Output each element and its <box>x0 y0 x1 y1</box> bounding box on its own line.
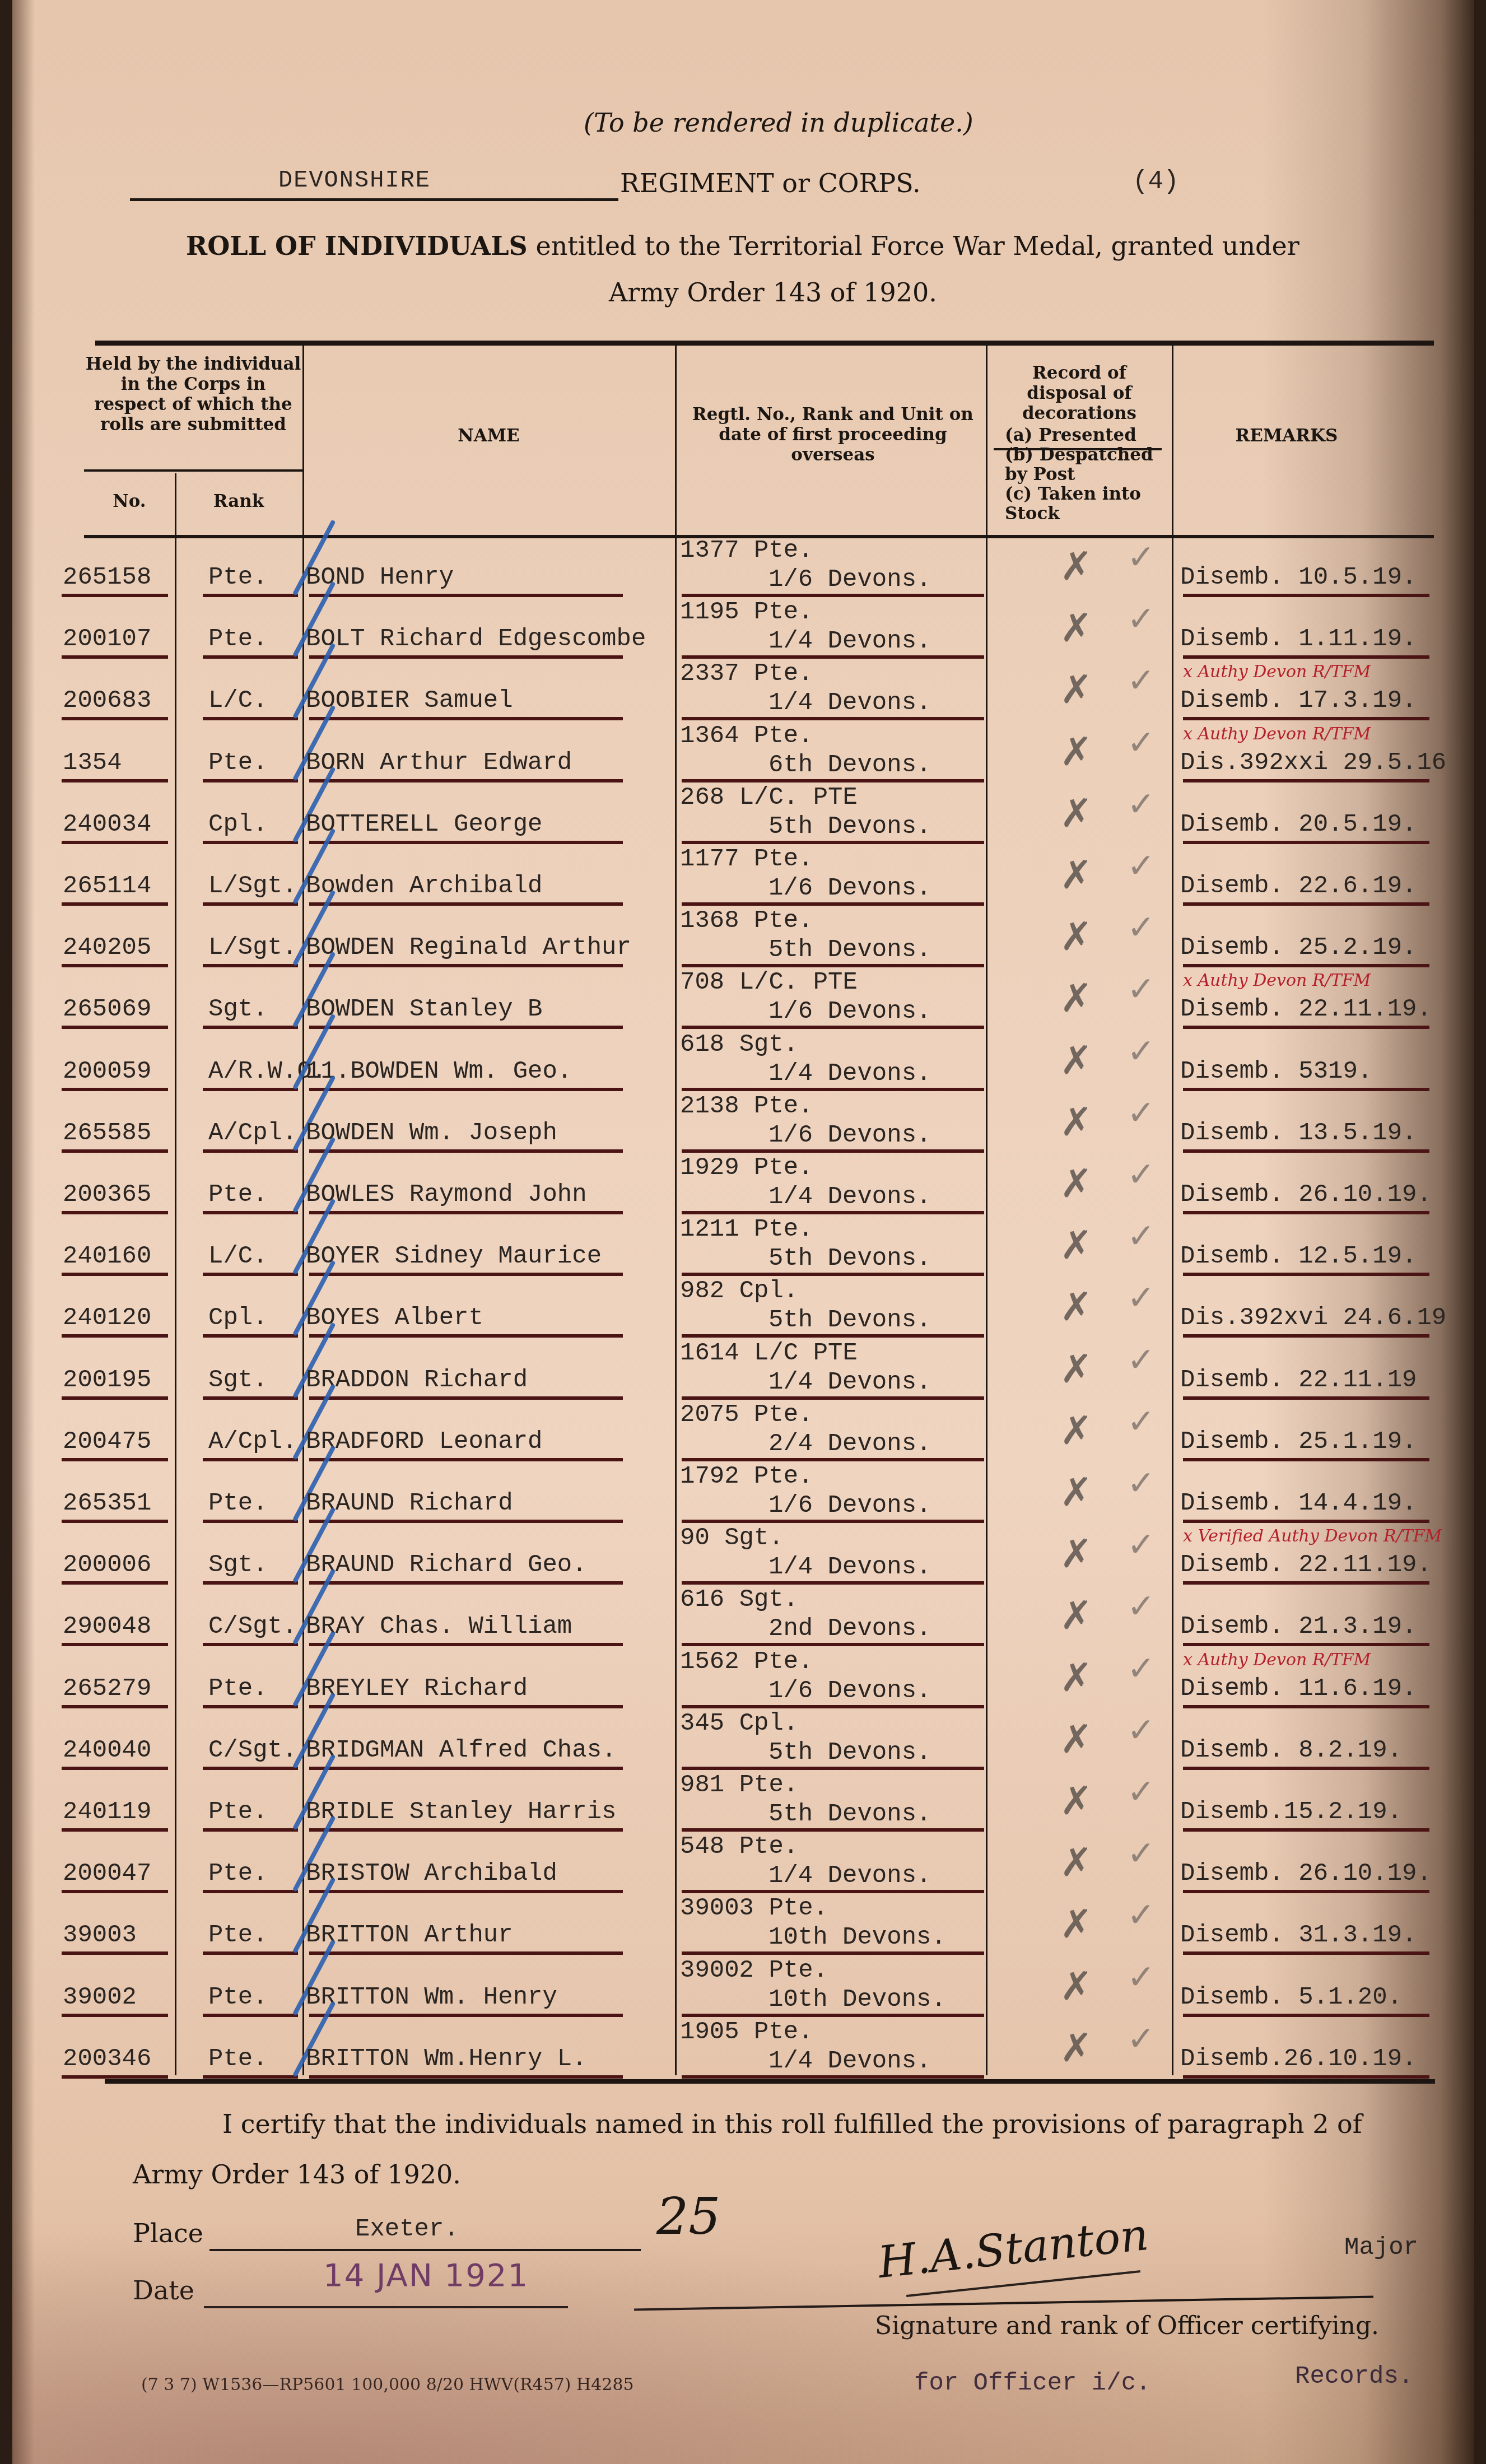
row-underline <box>62 841 168 844</box>
regtl-rank: Pte. <box>754 907 813 935</box>
red-ink-annotation: x Verified Authy Devon R/TFM <box>1183 1526 1442 1546</box>
table-row: 39003 Pte. BRITTON Arthur 39003 Pte. 10t… <box>12 1895 1486 1957</box>
printer-code: (7 3 7) W1536—RP5601 100,000 8/20 HWV(R4… <box>141 2375 634 2395</box>
row-underline <box>309 1581 623 1585</box>
regtl-no: 1195 <box>680 598 739 626</box>
row-underline <box>62 1334 168 1338</box>
roll-page: (To be rendered in duplicate.) DEVONSHIR… <box>12 0 1474 2464</box>
regtl-number: 2138 Pte. <box>680 1092 813 1120</box>
row-underline <box>1183 717 1429 720</box>
unit: 5th Devons. <box>768 813 931 841</box>
row-underline <box>682 2014 984 2017</box>
service-number: 200059 <box>63 1058 151 1086</box>
pencil-cross-icon: ✗ <box>1060 667 1093 712</box>
table-row: 200006 Sgt. BRAUND Richard Geo. 90 Sgt. … <box>12 1525 1486 1587</box>
row-underline <box>309 1767 623 1770</box>
row-underline <box>1183 1149 1429 1153</box>
table-row: 240119 Pte. BRIDLE Stanley Harris 981 Pt… <box>12 1772 1486 1834</box>
regtl-number: 1177 Pte. <box>680 845 813 873</box>
regtl-no: 1614 <box>680 1339 739 1367</box>
remarks: Disemb. 26.10.19. <box>1180 1181 1432 1209</box>
row-underline <box>62 1520 168 1523</box>
table-row: 265351 Pte. BRAUND Richard 1792 Pte. 1/6… <box>12 1464 1486 1525</box>
row-underline <box>203 841 298 844</box>
row-underline <box>682 1396 984 1400</box>
regtl-number: 708 L/C. PTE <box>680 968 858 996</box>
for-officer-text: for Officer i/c. <box>914 2369 1150 2397</box>
unit: 1/4 Devons. <box>768 1368 931 1396</box>
soldier-name: BRAY Chas. William <box>306 1613 572 1641</box>
remarks: Disemb. 26.10.19. <box>1180 1860 1432 1888</box>
row-underline <box>309 655 623 659</box>
row-underline <box>309 1211 623 1214</box>
row-underline <box>203 1767 298 1770</box>
regtl-no: 1211 <box>680 1215 739 1243</box>
unit: 5th Devons. <box>768 1306 931 1334</box>
row-underline <box>309 717 623 720</box>
row-underline <box>682 1026 984 1029</box>
row-underline <box>682 1149 984 1153</box>
regtl-no: 708 <box>680 968 724 996</box>
service-number: 39002 <box>63 1983 137 2011</box>
unit: 10th Devons. <box>768 1923 946 1951</box>
service-number: 240040 <box>63 1736 151 1764</box>
regtl-number: 268 L/C. PTE <box>680 784 858 812</box>
pencil-cross-icon: ✗ <box>1060 1161 1093 1207</box>
pencil-check-icon: ✓ <box>1127 1587 1155 1626</box>
rank: Sgt. <box>208 1551 268 1579</box>
remarks: Disemb. 10.5.19. <box>1180 563 1417 591</box>
row-underline <box>1183 902 1429 906</box>
soldier-name: BRISTOW Archibald <box>306 1860 557 1888</box>
pencil-cross-icon: ✗ <box>1060 1222 1093 1268</box>
rank: Sgt. <box>208 995 268 1023</box>
entry-count: 25 <box>656 2187 721 2246</box>
row-underline <box>682 1705 984 1708</box>
regtl-no: 1377 <box>680 537 739 565</box>
document-subtitle: Army Order 143 of 1920. <box>609 277 937 308</box>
regtl-rank: Pte. <box>754 598 813 626</box>
remarks: Disemb. 22.11.19. <box>1180 1551 1432 1579</box>
regtl-rank: Pte. <box>754 1154 813 1182</box>
remarks: Disemb. 22.11.19. <box>1180 995 1432 1023</box>
pencil-cross-icon: ✗ <box>1060 1037 1093 1083</box>
row-underline <box>1183 655 1429 659</box>
table-row: 240120 Cpl. BOYES Albert 982 Cpl. 5th De… <box>12 1278 1486 1340</box>
regtl-rank: Pte. <box>754 1401 813 1429</box>
regtl-rank: Cpl. <box>739 1277 799 1305</box>
unit: 1/6 Devons. <box>768 998 931 1026</box>
rank: Pte. <box>208 1860 268 1888</box>
row-underline <box>203 594 298 597</box>
row-underline <box>1183 1951 1429 1955</box>
unit: 1/4 Devons. <box>768 627 931 655</box>
remarks: Dis.392xxi 29.5.16 <box>1180 749 1446 777</box>
red-ink-annotation: x Authy Devon R/TFM <box>1183 724 1371 744</box>
unit: 1/4 Devons. <box>768 1862 931 1890</box>
remarks: Disemb. 11.6.19. <box>1180 1675 1417 1703</box>
record-option-presented: (a) Presented <box>1005 426 1167 445</box>
row-underline <box>62 1581 168 1585</box>
regtl-no: 1929 <box>680 1154 739 1182</box>
red-ink-annotation: x Authy Devon R/TFM <box>1183 1650 1371 1670</box>
row-underline <box>682 1458 984 1461</box>
unit: 5th Devons. <box>768 1245 931 1273</box>
regtl-number: 616 Sgt. <box>680 1586 798 1614</box>
pencil-cross-icon: ✗ <box>1060 1408 1093 1454</box>
row-underline <box>682 1951 984 1955</box>
regtl-rank: Pte. <box>754 1215 813 1243</box>
row-underline <box>62 1767 168 1770</box>
row-underline <box>309 1026 623 1029</box>
pencil-check-icon: ✓ <box>1127 908 1155 947</box>
signature-caption: Signature and rank of Officer certifying… <box>875 2312 1379 2340</box>
regtl-no: 39002 <box>680 1957 754 1985</box>
rank: A/Cpl. <box>208 1428 297 1456</box>
unit: 1/6 Devons. <box>768 1492 931 1520</box>
row-underline <box>309 1828 623 1832</box>
pencil-check-icon: ✓ <box>1127 2019 1155 2058</box>
header-regtl: Regtl. No., Rank and Unit on date of fir… <box>682 404 984 465</box>
pencil-check-icon: ✓ <box>1127 1278 1155 1317</box>
regtl-number: 982 Cpl. <box>680 1277 798 1305</box>
remarks: Disemb. 5319. <box>1180 1058 1372 1086</box>
rank: Cpl. <box>208 811 268 839</box>
soldier-name: BRITTON Wm.Henry L. <box>306 2045 587 2073</box>
table-row: 200047 Pte. BRISTOW Archibald 548 Pte. 1… <box>12 1834 1486 1895</box>
unit: 2nd Devons. <box>768 1615 931 1643</box>
regtl-no: 1562 <box>680 1648 739 1676</box>
rank: Pte. <box>208 625 268 653</box>
table-row: 240205 L/Sgt. BOWDEN Reginald Arthur 136… <box>12 908 1486 970</box>
row-underline <box>309 594 623 597</box>
row-underline <box>1183 1334 1429 1338</box>
regtl-number: 548 Pte. <box>680 1833 798 1861</box>
regtl-no: 90 <box>680 1524 710 1552</box>
table-row: 39002 Pte. BRITTON Wm. Henry 39002 Pte. … <box>12 1958 1486 2019</box>
regtl-rank: Pte. <box>754 660 813 688</box>
row-underline <box>309 1951 623 1955</box>
row-underline <box>682 594 984 597</box>
regtl-number: 1368 Pte. <box>680 907 813 935</box>
regtl-rank: Pte. <box>739 1833 799 1861</box>
regtl-number: 1614 L/C PTE <box>680 1339 858 1367</box>
document-title: ROLL OF INDIVIDUALS entitled to the Terr… <box>186 231 1299 261</box>
rank: Cpl. <box>208 1304 268 1332</box>
page-number: (4) <box>1133 167 1179 196</box>
row-underline <box>203 1643 298 1646</box>
table-top-rule <box>95 341 1434 346</box>
regtl-number: 39003 Pte. <box>680 1894 828 1922</box>
pencil-check-icon: ✓ <box>1127 538 1155 577</box>
pencil-cross-icon: ✗ <box>1060 543 1093 589</box>
rank: Pte. <box>208 1798 268 1826</box>
regtl-number: 981 Pte. <box>680 1771 798 1799</box>
pencil-check-icon: ✓ <box>1127 970 1155 1009</box>
soldier-name: BOYER Sidney Maurice <box>306 1242 602 1270</box>
service-number: 265069 <box>63 995 151 1023</box>
table-row: 200059 A/R.W.O. 11.BOWDEN Wm. Geo. 618 S… <box>12 1032 1486 1093</box>
place-value: Exeter. <box>355 2215 459 2243</box>
rank: C/Sgt. <box>208 1613 297 1641</box>
rank: C/Sgt. <box>208 1736 297 1764</box>
soldier-name: BRIDLE Stanley Harris <box>306 1798 617 1826</box>
service-number: 200107 <box>63 625 151 653</box>
pencil-check-icon: ✓ <box>1127 599 1155 639</box>
row-underline <box>203 1273 298 1276</box>
unit: 1/6 Devons. <box>768 874 931 902</box>
pencil-cross-icon: ✗ <box>1060 1716 1093 1762</box>
header-record: Record of disposal of decorations <box>990 363 1169 423</box>
table-row: 265279 Pte. BREYLEY Richard 1562 Pte. 1/… <box>12 1649 1486 1711</box>
row-underline <box>682 841 984 844</box>
soldier-name: BOWDEN Reginald Arthur <box>306 934 631 962</box>
rank: L/Sgt. <box>208 934 297 962</box>
row-underline <box>203 1520 298 1523</box>
remarks: Disemb. 8.2.19. <box>1180 1736 1402 1764</box>
table-row: 200683 L/C. BOOBIER Samuel 2337 Pte. 1/4… <box>12 661 1486 723</box>
remarks: Disemb. 13.5.19. <box>1180 1119 1417 1147</box>
row-underline <box>309 841 623 844</box>
pencil-check-icon: ✓ <box>1127 1958 1155 1997</box>
table-row: 200365 Pte. BOWLES Raymond John 1929 Pte… <box>12 1155 1486 1217</box>
pencil-cross-icon: ✗ <box>1060 1099 1093 1145</box>
certification-text: I certify that the individuals named in … <box>222 2109 1362 2139</box>
row-underline <box>682 1767 984 1770</box>
pencil-cross-icon: ✗ <box>1060 1592 1093 1638</box>
rank: L/C. <box>208 1242 268 1270</box>
pencil-cross-icon: ✗ <box>1060 1655 1093 1701</box>
pencil-check-icon: ✓ <box>1127 1032 1155 1071</box>
unit: 1/4 Devons. <box>768 1183 931 1211</box>
rank: Pte. <box>208 2045 268 2073</box>
soldier-name: BRADFORD Leonard <box>306 1428 542 1456</box>
regtl-rank: Pte. <box>754 1648 813 1676</box>
remarks: Disemb. 25.1.19. <box>1180 1428 1417 1456</box>
pencil-cross-icon: ✗ <box>1060 1346 1093 1392</box>
pencil-cross-icon: ✗ <box>1060 914 1093 959</box>
rank: Pte. <box>208 1983 268 2011</box>
row-underline <box>203 655 298 659</box>
table-row: 240040 C/Sgt. BRIDGMAN Alfred Chas. 345 … <box>12 1711 1486 1772</box>
row-underline <box>203 1334 298 1338</box>
table-row: 290048 C/Sgt. BRAY Chas. William 616 Sgt… <box>12 1587 1486 1648</box>
row-underline <box>682 1520 984 1523</box>
rank: A/Cpl. <box>208 1119 297 1147</box>
soldier-name: BRIDGMAN Alfred Chas. <box>306 1736 617 1764</box>
header-held-by: Held by the individual in the Corps in r… <box>84 354 302 435</box>
row-underline <box>203 1890 298 1893</box>
regtl-no: 548 <box>680 1833 724 1861</box>
regtl-rank: L/C. PTE <box>739 784 858 812</box>
row-underline <box>1183 1890 1429 1893</box>
pencil-check-icon: ✓ <box>1127 1711 1155 1750</box>
record-option-stock: (c) Taken into Stock <box>1005 485 1167 524</box>
regtl-rank: L/C PTE <box>754 1339 858 1367</box>
regtl-number: 1905 Pte. <box>680 2018 813 2046</box>
row-underline <box>682 1273 984 1276</box>
soldier-name: BREYLEY Richard <box>306 1675 528 1703</box>
row-underline <box>1183 1396 1429 1400</box>
regtl-rank: Sgt. <box>739 1586 799 1614</box>
row-underline <box>682 1643 984 1646</box>
regtl-rank: Pte. <box>739 1771 799 1799</box>
unit: 1/4 Devons. <box>768 1553 931 1581</box>
regtl-number: 1562 Pte. <box>680 1648 813 1676</box>
service-number: 200365 <box>63 1181 151 1209</box>
table-row: 200346 Pte. BRITTON Wm.Henry L. 1905 Pte… <box>12 2019 1486 2081</box>
remarks: Disemb.26.10.19. <box>1180 2045 1417 2073</box>
pencil-cross-icon: ✗ <box>1060 1284 1093 1330</box>
row-underline <box>203 1581 298 1585</box>
pencil-cross-icon: ✗ <box>1060 790 1093 836</box>
pencil-check-icon: ✓ <box>1127 1649 1155 1688</box>
row-underline <box>203 1828 298 1832</box>
service-number: 265158 <box>63 563 151 591</box>
record-options: (a) Presented (b) Despatched by Post (c)… <box>1005 426 1167 524</box>
remarks: Dis.392xvi 24.6.19 <box>1180 1304 1446 1332</box>
remarks: Disemb. 1.11.19. <box>1180 625 1417 653</box>
regtl-number: 1195 Pte. <box>680 598 813 626</box>
row-underline <box>62 1705 168 1708</box>
row-underline <box>203 1149 298 1153</box>
remarks: Disemb. 22.6.19. <box>1180 872 1417 900</box>
row-underline <box>309 1149 623 1153</box>
pencil-check-icon: ✓ <box>1127 785 1155 824</box>
title-rest: entitled to the Territorial Force War Me… <box>528 231 1299 261</box>
regiment-name: DEVONSHIRE <box>278 167 431 194</box>
row-underline <box>1183 1828 1429 1832</box>
row-underline <box>309 1643 623 1646</box>
soldier-name: Bowden Archibald <box>306 872 542 900</box>
header-name: NAME <box>302 426 675 446</box>
regtl-number: 2337 Pte. <box>680 660 813 688</box>
certification-text-cont: Army Order 143 of 1920. <box>133 2159 461 2190</box>
row-underline <box>62 2075 168 2079</box>
table-row: 200475 A/Cpl. BRADFORD Leonard 2075 Pte.… <box>12 1402 1486 1464</box>
regtl-rank: Pte. <box>768 1957 828 1985</box>
red-ink-annotation: x Authy Devon R/TFM <box>1183 662 1371 682</box>
pencil-check-icon: ✓ <box>1127 1155 1155 1194</box>
row-underline <box>1183 594 1429 597</box>
pencil-check-icon: ✓ <box>1127 846 1155 886</box>
service-number: 265585 <box>63 1119 151 1147</box>
row-underline <box>62 594 168 597</box>
row-underline <box>309 1396 623 1400</box>
service-number: 39003 <box>63 1921 137 1949</box>
row-underline <box>62 1890 168 1893</box>
regtl-rank: Pte. <box>754 722 813 750</box>
row-underline <box>1183 1581 1429 1585</box>
row-underline <box>309 902 623 906</box>
officer-rank: Major <box>1344 2234 1418 2262</box>
unit: 5th Devons. <box>768 936 931 964</box>
row-underline <box>1183 1520 1429 1523</box>
soldier-name: BOWDEN Wm. Joseph <box>306 1119 557 1147</box>
pencil-cross-icon: ✗ <box>1060 1901 1093 1947</box>
row-underline <box>62 779 168 782</box>
red-ink-annotation: x Authy Devon R/TFM <box>1183 971 1371 990</box>
row-underline <box>62 1828 168 1832</box>
row-underline <box>203 1458 298 1461</box>
regtl-rank: L/C. PTE <box>739 968 858 996</box>
rank: L/Sgt. <box>208 872 297 900</box>
row-underline <box>309 1890 623 1893</box>
pencil-check-icon: ✓ <box>1127 1340 1155 1380</box>
remarks: Disemb. 22.11.19 <box>1180 1366 1417 1394</box>
regtl-rank: Sgt. <box>724 1524 784 1552</box>
remarks: Disemb.15.2.19. <box>1180 1798 1402 1826</box>
unit: 1/4 Devons. <box>768 1060 931 1088</box>
regtl-no: 1177 <box>680 845 739 873</box>
row-underline <box>1183 1211 1429 1214</box>
row-underline <box>309 779 623 782</box>
table-row: 200107 Pte. BOLT Richard Edgescombe 1195… <box>12 599 1486 661</box>
soldier-name: BRAUND Richard <box>306 1489 513 1517</box>
table-row: 265158 Pte. BOND Henry 1377 Pte. 1/6 Dev… <box>12 538 1486 599</box>
row-underline <box>682 964 984 967</box>
row-underline <box>682 1211 984 1214</box>
row-underline <box>682 1890 984 1893</box>
unit: 6th Devons. <box>768 751 931 779</box>
row-underline <box>62 1273 168 1276</box>
row-underline <box>1183 1643 1429 1646</box>
row-underline <box>1183 1458 1429 1461</box>
pencil-check-icon: ✓ <box>1127 1093 1155 1133</box>
regtl-no: 39003 <box>680 1894 754 1922</box>
regtl-no: 982 <box>680 1277 724 1305</box>
row-underline <box>203 902 298 906</box>
date-stamp: 14 JAN 1921 <box>323 2257 529 2294</box>
row-underline <box>309 1088 623 1091</box>
remarks: Disemb. 20.5.19. <box>1180 811 1417 839</box>
row-underline <box>1183 841 1429 844</box>
pencil-cross-icon: ✗ <box>1060 729 1093 775</box>
rank: Sgt. <box>208 1366 268 1394</box>
rank: Pte. <box>208 1675 268 1703</box>
duplicate-note: (To be rendered in duplicate.) <box>584 108 973 138</box>
records-text: Records. <box>1295 2363 1413 2391</box>
header-rank: Rank <box>175 491 302 511</box>
row-underline <box>682 717 984 720</box>
row-underline <box>62 1458 168 1461</box>
row-underline <box>1183 1088 1429 1091</box>
row-underline <box>309 2014 623 2017</box>
row-underline <box>62 1951 168 1955</box>
pencil-check-icon: ✓ <box>1127 1834 1155 1873</box>
pencil-cross-icon: ✗ <box>1060 1531 1093 1577</box>
title-bold: ROLL OF INDIVIDUALS <box>186 231 528 261</box>
unit: 2/4 Devons. <box>768 1430 931 1458</box>
pencil-check-icon: ✓ <box>1127 1217 1155 1256</box>
regtl-no: 981 <box>680 1771 724 1799</box>
pencil-check-icon: ✓ <box>1127 1895 1155 1935</box>
unit: 10th Devons. <box>768 1986 946 2014</box>
remarks: Disemb. 25.2.19. <box>1180 934 1417 962</box>
pencil-check-icon: ✓ <box>1127 1464 1155 1503</box>
remarks: Disemb. 17.3.19. <box>1180 687 1417 715</box>
regtl-no: 2075 <box>680 1401 739 1429</box>
soldier-name: BRITTON Wm. Henry <box>306 1983 557 2011</box>
pencil-check-icon: ✓ <box>1127 723 1155 762</box>
soldier-name: BORN Arthur Edward <box>306 749 572 777</box>
row-underline <box>682 1828 984 1832</box>
row-underline <box>62 1026 168 1029</box>
remarks: Disemb. 31.3.19. <box>1180 1921 1417 1949</box>
regiment-label: REGIMENT or CORPS. <box>620 168 921 198</box>
pencil-cross-icon: ✗ <box>1060 1778 1093 1824</box>
row-underline <box>682 1581 984 1585</box>
